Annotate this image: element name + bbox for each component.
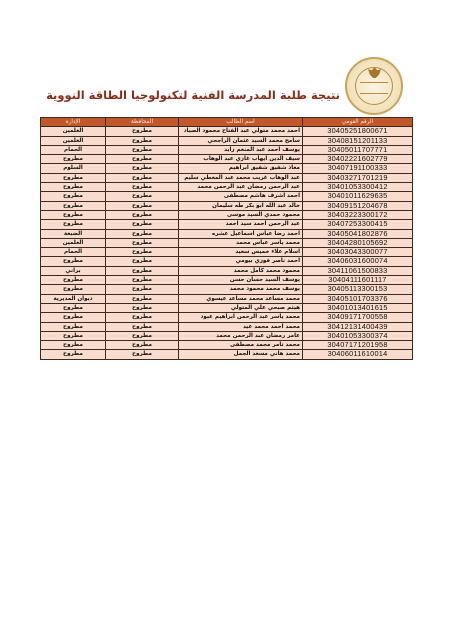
ministry-of-education-seal-icon	[345, 57, 403, 115]
cell-student-name: محمود محمد كامل محمد	[179, 266, 303, 275]
cell-administration: مطروح	[41, 257, 106, 266]
cell-national-id: 30407171201958	[303, 341, 413, 350]
cell-student-name: محمود حمدي السيد موسى	[179, 210, 303, 219]
seal-calligraphy	[360, 82, 388, 94]
table-row: العلمينمطروحمحمد ياسر عباس محمد304042801…	[41, 238, 413, 247]
table-row: مطروحمطروحخالد عبد الله ابو بكر طه سليما…	[41, 201, 413, 210]
cell-administration: العلمين	[41, 136, 106, 145]
cell-administration: مطروح	[41, 350, 106, 359]
cell-national-id: 30405011707771	[303, 145, 413, 154]
cell-student-name: سيف الدين ايهاب غازي عبد الوهاب	[179, 155, 303, 164]
cell-governorate: مطروح	[106, 276, 179, 285]
cell-student-name: احمد رضا عباس اسماعيل عشره	[179, 229, 303, 238]
cell-governorate: مطروح	[106, 350, 179, 359]
cell-student-name: احمد ناصر فوزي بيومي	[179, 257, 303, 266]
cell-national-id: 30403223300172	[303, 210, 413, 219]
cell-student-name: يوسف احمد عبد المنعم زايد	[179, 145, 303, 154]
table-row: مطروحمطروحيوسف السيد حسان حسن30404111601…	[41, 276, 413, 285]
cell-administration: براني	[41, 266, 106, 275]
cell-national-id: 30406011610014	[303, 350, 413, 359]
cell-student-name: يوسف محمد محمود محمد	[179, 285, 303, 294]
cell-student-name: احمد محمد متولي عبد الفتاح محمود الصياد	[179, 127, 303, 136]
table-row: مطروحمطروحعبد الرحمن احمد سيد احمد304072…	[41, 220, 413, 229]
cell-governorate: مطروح	[106, 294, 179, 303]
table-row: مطروحمطروحمحمد ياسر عبد الرحمن ابراهيم ع…	[41, 313, 413, 322]
cell-administration: مطروح	[41, 183, 106, 192]
cell-administration: السلوم	[41, 164, 106, 173]
cell-student-name: محمد ياسر عبد الرحمن ابراهيم عبود	[179, 313, 303, 322]
cell-national-id: 30402221602779	[303, 155, 413, 164]
results-table: الإدارة المحافظة اسم الطالب الرقم القومي…	[40, 117, 413, 360]
table-row: برانيمطروحمحمود محمد كامل محمد3041106150…	[41, 266, 413, 275]
cell-administration: مطروح	[41, 341, 106, 350]
cell-national-id: 30401053300412	[303, 183, 413, 192]
table-row: مطروحمطروحاحمد اشرف هاشم مصطفى3040101162…	[41, 192, 413, 201]
cell-administration: الحمام	[41, 145, 106, 154]
cell-administration: مطروح	[41, 210, 106, 219]
table-row: ديوان المديريةمطروحمحمد مساعد محمد مساعد…	[41, 294, 413, 303]
cell-administration: مطروح	[41, 173, 106, 182]
cell-national-id: 30401013401615	[303, 303, 413, 312]
column-header-administration: الإدارة	[41, 118, 106, 127]
table-row: السلوممطروحمعاذ شفيق شفيق ابراهيم3040719…	[41, 164, 413, 173]
table-row: العلمينمطروحسامح محمد السيد عثمان الراجح…	[41, 136, 413, 145]
cell-administration: مطروح	[41, 155, 106, 164]
cell-national-id: 30405101703376	[303, 294, 413, 303]
cell-governorate: مطروح	[106, 229, 179, 238]
cell-administration: ديوان المديرية	[41, 294, 106, 303]
column-header-student-name: اسم الطالب	[179, 118, 303, 127]
table-row: مطروحمطروحاحمد ناصر فوزي بيومي3040603160…	[41, 257, 413, 266]
table-row: مطروحمطروحيوسف محمد محمود محمد3040511330…	[41, 285, 413, 294]
cell-administration: مطروح	[41, 276, 106, 285]
cell-student-name: عبد الوهاب غريب محمد عبد المعطي سليم	[179, 173, 303, 182]
cell-national-id: 30411061500833	[303, 266, 413, 275]
cell-governorate: مطروح	[106, 220, 179, 229]
cell-governorate: مطروح	[106, 285, 179, 294]
cell-administration: العلمين	[41, 238, 106, 247]
table-body: العلمينمطروحاحمد محمد متولي عبد الفتاح م…	[41, 127, 413, 359]
cell-national-id: 30405041802876	[303, 229, 413, 238]
cell-governorate: مطروح	[106, 210, 179, 219]
cell-administration: مطروح	[41, 303, 106, 312]
cell-governorate: مطروح	[106, 127, 179, 136]
cell-national-id: 30404280105692	[303, 238, 413, 247]
table-row: العلمينمطروحاحمد محمد متولي عبد الفتاح م…	[41, 127, 413, 136]
cell-administration: مطروح	[41, 322, 106, 331]
cell-student-name: عبد الرحمن احمد سيد احمد	[179, 220, 303, 229]
cell-governorate: مطروح	[106, 238, 179, 247]
cell-administration: العلمين	[41, 127, 106, 136]
cell-administration: الضبعة	[41, 229, 106, 238]
cell-administration: مطروح	[41, 285, 106, 294]
cell-national-id: 30412131400439	[303, 322, 413, 331]
cell-administration: مطروح	[41, 220, 106, 229]
cell-governorate: مطروح	[106, 266, 179, 275]
cell-student-name: محمد تامر محمد مصطفى	[179, 341, 303, 350]
cell-student-name: محمد احمد محمد عيد	[179, 322, 303, 331]
cell-national-id: 30408151201133	[303, 136, 413, 145]
cell-governorate: مطروح	[106, 201, 179, 210]
cell-student-name: محمد ياسر عباس محمد	[179, 238, 303, 247]
table-row: مطروحمطروحسيف الدين ايهاب غازي عبد الوها…	[41, 155, 413, 164]
cell-student-name: اسلام علاء خميس سعيد	[179, 248, 303, 257]
table-header-row: الإدارة المحافظة اسم الطالب الرقم القومي	[41, 118, 413, 127]
cell-national-id: 30403271701219	[303, 173, 413, 182]
cell-governorate: مطروح	[106, 192, 179, 201]
cell-governorate: مطروح	[106, 248, 179, 257]
cell-national-id: 30401053300374	[303, 331, 413, 340]
cell-administration: مطروح	[41, 201, 106, 210]
cell-administration: مطروح	[41, 192, 106, 201]
cell-student-name: محمد هاني مسعد الجمل	[179, 350, 303, 359]
cell-national-id: 30403043300077	[303, 248, 413, 257]
cell-national-id: 30401011629635	[303, 192, 413, 201]
table-row: الحماممطروحيوسف احمد عبد المنعم زايد3040…	[41, 145, 413, 154]
cell-national-id: 30409171700558	[303, 313, 413, 322]
table-row: مطروحمطروحمحمد تامر محمد مصطفى3040717120…	[41, 341, 413, 350]
cell-governorate: مطروح	[106, 155, 179, 164]
cell-student-name: هيثم صبحي علي المتولي	[179, 303, 303, 312]
cell-national-id: 30409151204678	[303, 201, 413, 210]
table-row: الحماممطروحاسلام علاء خميس سعيد304030433…	[41, 248, 413, 257]
cell-governorate: مطروح	[106, 145, 179, 154]
cell-governorate: مطروح	[106, 173, 179, 182]
document-page: نتيجة طلبة المدرسة الفنية لتكنولوجيا الط…	[0, 0, 450, 636]
cell-student-name: يوسف السيد حسان حسن	[179, 276, 303, 285]
table-row: مطروحمطروحعبد الوهاب غريب محمد عبد المعط…	[41, 173, 413, 182]
cell-national-id: 30404111601117	[303, 276, 413, 285]
cell-national-id: 30407191100333	[303, 164, 413, 173]
cell-governorate: مطروح	[106, 313, 179, 322]
cell-student-name: خالد عبد الله ابو بكر طه سليمان	[179, 201, 303, 210]
document-title: نتيجة طلبة المدرسة الفنية لتكنولوجيا الط…	[60, 87, 340, 103]
cell-student-name: عبد الرحمن رمضان عبد الرحمن محمد	[179, 183, 303, 192]
column-header-national-id: الرقم القومي	[303, 118, 413, 127]
cell-administration: مطروح	[41, 313, 106, 322]
cell-governorate: مطروح	[106, 303, 179, 312]
cell-national-id: 30405113300153	[303, 285, 413, 294]
cell-national-id: 30407253300415	[303, 220, 413, 229]
cell-national-id: 30405251800671	[303, 127, 413, 136]
cell-governorate: مطروح	[106, 257, 179, 266]
cell-governorate: مطروح	[106, 341, 179, 350]
cell-student-name: محمد مساعد محمد مساعد عيسوي	[179, 294, 303, 303]
table-row: مطروحمطروحمحمد احمد محمد عيد304121314004…	[41, 322, 413, 331]
table-row: مطروحمطروحعامر رمضان عبد الرحمن محمد3040…	[41, 331, 413, 340]
cell-administration: الحمام	[41, 248, 106, 257]
cell-governorate: مطروح	[106, 136, 179, 145]
cell-governorate: مطروح	[106, 183, 179, 192]
table-row: الضبعةمطروحاحمد رضا عباس اسماعيل عشره304…	[41, 229, 413, 238]
cell-student-name: سامح محمد السيد عثمان الراجحي	[179, 136, 303, 145]
column-header-governorate: المحافظة	[106, 118, 179, 127]
cell-governorate: مطروح	[106, 322, 179, 331]
cell-administration: مطروح	[41, 331, 106, 340]
cell-national-id: 30406031600074	[303, 257, 413, 266]
cell-student-name: احمد اشرف هاشم مصطفى	[179, 192, 303, 201]
cell-student-name: عامر رمضان عبد الرحمن محمد	[179, 331, 303, 340]
table-row: مطروحمطروحعبد الرحمن رمضان عبد الرحمن مح…	[41, 183, 413, 192]
cell-governorate: مطروح	[106, 164, 179, 173]
table-row: مطروحمطروحهيثم صبحي علي المتولي304010134…	[41, 303, 413, 312]
table-row: مطروحمطروحمحمود حمدي السيد موسى304032233…	[41, 210, 413, 219]
table-row: مطروحمطروحمحمد هاني مسعد الجمل3040601161…	[41, 350, 413, 359]
cell-student-name: معاذ شفيق شفيق ابراهيم	[179, 164, 303, 173]
cell-governorate: مطروح	[106, 331, 179, 340]
